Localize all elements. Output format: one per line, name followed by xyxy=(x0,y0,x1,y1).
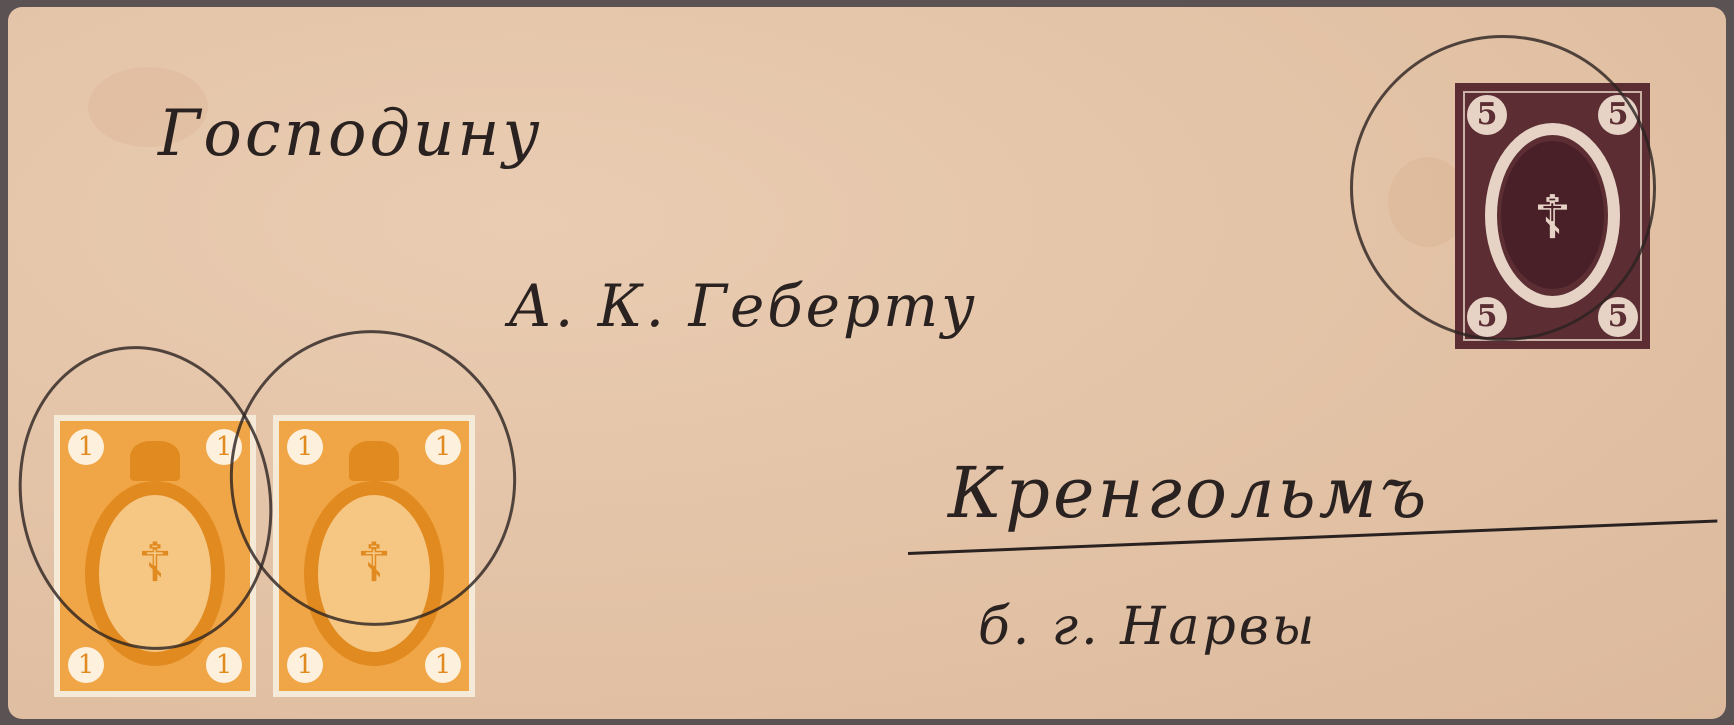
denomination-corner: 1 xyxy=(287,647,323,683)
recipient-name: А. К. Геберту xyxy=(508,272,978,340)
city-line: б. г. Нарвы xyxy=(978,597,1317,657)
place-name: Кренгольмъ xyxy=(948,452,1429,534)
denomination-corner: 1 xyxy=(425,647,461,683)
denomination-corner: 1 xyxy=(68,647,104,683)
postmark xyxy=(1350,35,1656,341)
denomination-corner: 5 xyxy=(1598,297,1638,337)
denomination-corner: 1 xyxy=(206,647,242,683)
salutation-text: Господину xyxy=(158,97,543,171)
